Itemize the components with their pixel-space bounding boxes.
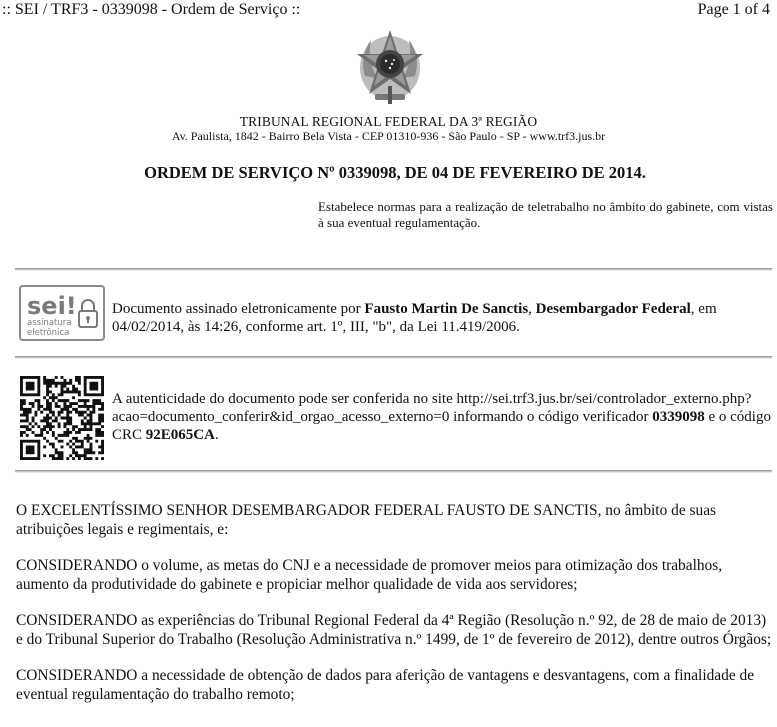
qr-code-icon (20, 376, 104, 460)
sei-assinatura-eletronica-icon: sei! assinatura eletrônica (19, 285, 105, 341)
document-body: O EXCELENTÍSSIMO SENHOR DESEMBARGADOR FE… (16, 501, 773, 721)
signer-role: Desembargador Federal (536, 301, 691, 317)
print-title: :: SEI / TRF3 - 0339098 - Ordem de Servi… (2, 0, 300, 20)
paragraph: CONSIDERANDO a necessidade de obtenção d… (16, 666, 773, 704)
page-indicator: Page 1 of 4 (698, 0, 770, 20)
divider (15, 268, 772, 271)
paragraph: CONSIDERANDO as experiências do Tribunal… (16, 611, 773, 649)
signer-name: Fausto Martin De Sanctis (364, 301, 528, 317)
signature-text: Documento assinado eletronicamente por F… (112, 300, 772, 336)
authenticity-text: A autenticidade do documento pode ser co… (112, 390, 777, 444)
verifier-code: 0339098 (652, 409, 705, 425)
svg-text:assinatura: assinatura (27, 318, 71, 328)
document-ementa: Estabelece normas para a realização de t… (318, 199, 773, 231)
divider (15, 356, 772, 359)
divider (15, 470, 772, 473)
paragraph: O EXCELENTÍSSIMO SENHOR DESEMBARGADOR FE… (16, 501, 773, 539)
institution-address: Av. Paulista, 1842 - Bairro Bela Vista -… (0, 129, 777, 143)
crc-code: 92E065CA (146, 427, 215, 443)
institution-header: TRIBUNAL REGIONAL FEDERAL DA 3ª REGIÃO A… (0, 115, 777, 143)
print-header: :: SEI / TRF3 - 0339098 - Ordem de Servi… (0, 0, 777, 22)
document-title: ORDEM DE SERVIÇO Nº 0339098, DE 04 DE FE… (0, 163, 777, 183)
brazil-coat-of-arms-icon (355, 26, 425, 108)
institution-name: TRIBUNAL REGIONAL FEDERAL DA 3ª REGIÃO (0, 115, 777, 129)
svg-text:eletrônica: eletrônica (27, 327, 69, 338)
svg-text:sei!: sei! (27, 292, 77, 320)
paragraph: CONSIDERANDO o volume, as metas do CNJ e… (16, 556, 773, 594)
